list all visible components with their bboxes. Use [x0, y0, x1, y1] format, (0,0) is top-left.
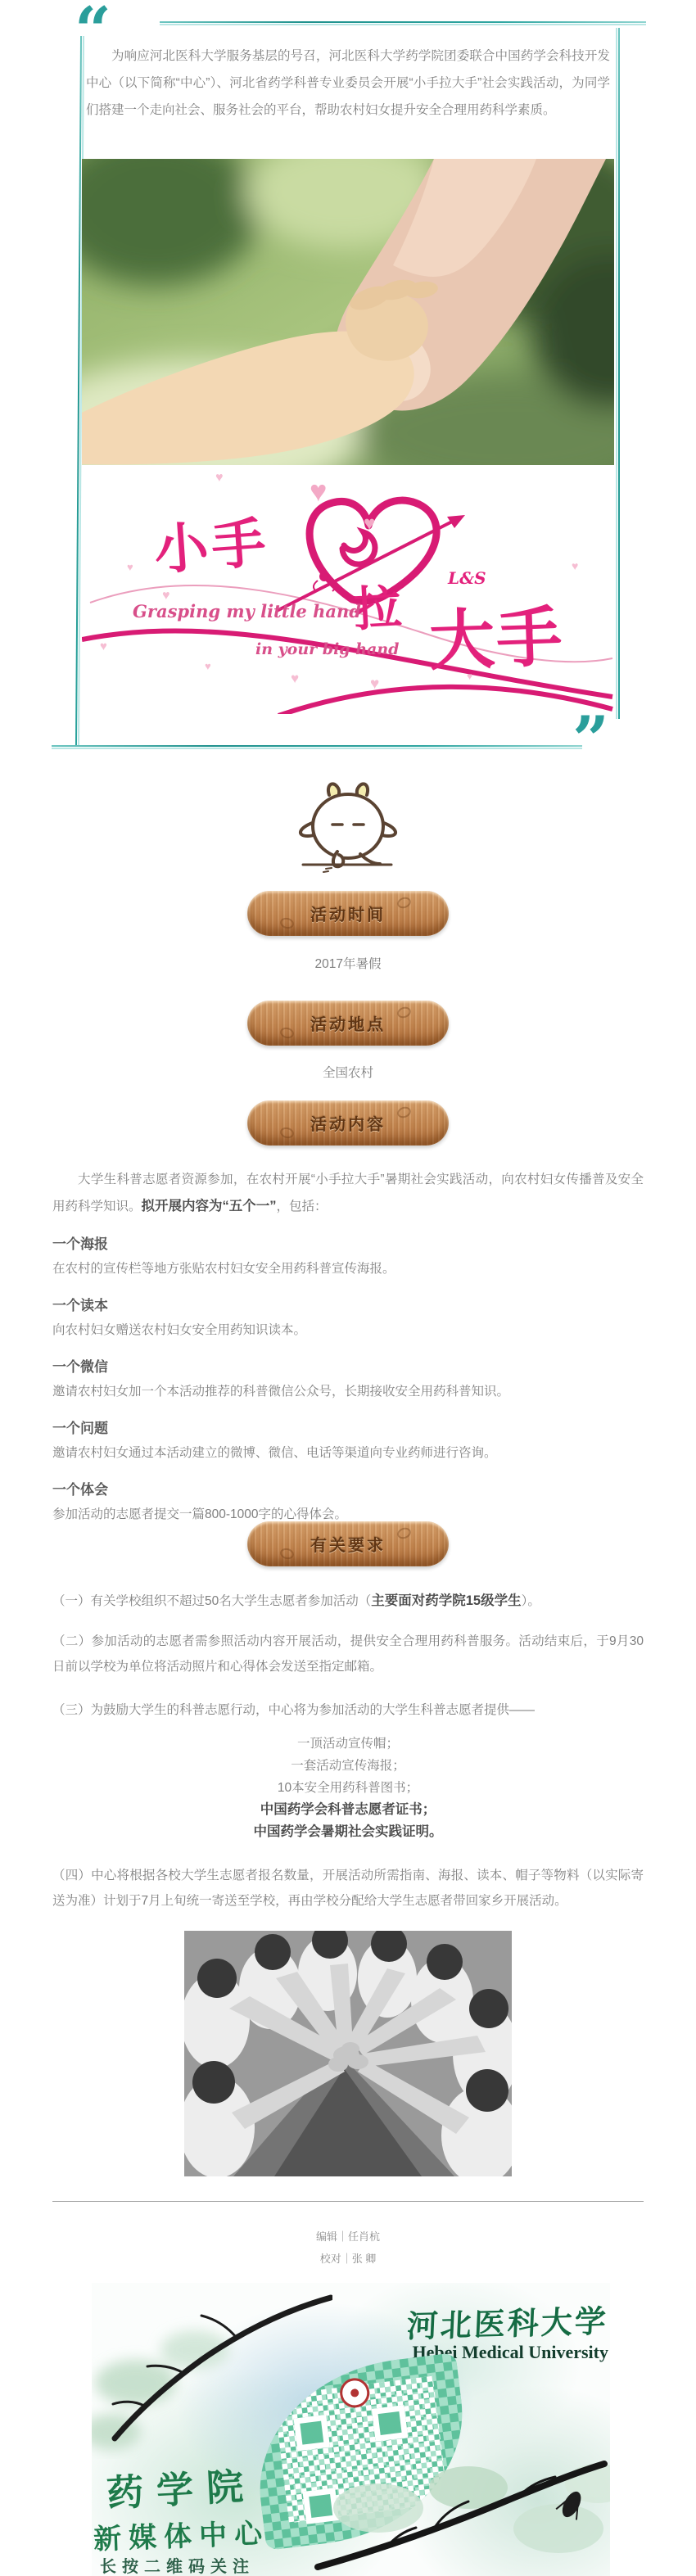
content-item: 一个问题 邀请农村妇女通过本活动建立的微博、微信、电话等渠道向专业药师进行咨询。	[52, 1419, 644, 1466]
credits: 编辑｜任肖杭 校对｜张 卿	[0, 2226, 696, 2270]
poster-english-line1: Grasping my little hand	[133, 601, 361, 621]
heart-icon: ♥	[291, 671, 299, 685]
close-quote-icon: ”	[572, 724, 609, 757]
poster-english-line2: in your big hand	[255, 640, 399, 658]
section-header-label: 活动地点	[310, 1011, 386, 1035]
section-header-label: 活动内容	[310, 1111, 386, 1135]
content-item-desc: 邀请农村妇女通过本活动建立的微博、微信、电话等渠道向专业药师进行咨询。	[52, 1441, 644, 1466]
content-item: 一个微信 邀请农村妇女加一个本活动推荐的科普微信公众号，长期接收安全用药科普知识…	[52, 1358, 644, 1404]
content-intro-bold: 拟开展内容为“五个一”	[142, 1199, 277, 1213]
heart-icon: ♥	[215, 472, 224, 485]
dept-name-line1: 药学院	[105, 2456, 257, 2516]
benefit-item: 10本安全用药科普图书；	[52, 1777, 644, 1799]
benefit-list: 一顶活动宣传帽； 一套活动宣传海报； 10本安全用药科普图书； 中国药学会科普志…	[52, 1733, 644, 1843]
intro-paragraph: 为响应河北医科大学服务基层的号召，河北医科大学药学院团委联合中国药学会科技开发中…	[86, 43, 610, 124]
heart-icon: ♥	[100, 640, 107, 653]
qr-hint-text: 长按二维码关注	[100, 2553, 255, 2576]
university-name-en: Hebei Medical University	[338, 2342, 608, 2363]
footer-divider	[52, 2201, 644, 2202]
content-item-desc: 邀请农村妇女加一个本活动推荐的科普微信公众号，长期接收安全用药科普知识。	[52, 1380, 644, 1404]
heart-icon: ♥	[310, 477, 327, 506]
qr-finder-square	[372, 2405, 409, 2442]
goat-mascot-icon	[288, 776, 408, 873]
hands-photo	[82, 159, 614, 465]
article-page: “ ” 为响应河北医科大学服务基层的号召，河北医科大学药学院团委联合中国药学会科…	[0, 0, 696, 2576]
footer-banner: 河北医科大学 Hebei Medical University 药学院 新媒体中…	[92, 2283, 610, 2576]
section-header-activity-place: 活动地点	[247, 1001, 449, 1046]
section-header-activity-content: 活动内容	[247, 1100, 449, 1146]
activity-content-block: 大学生科普志愿者资源参加，在农村开展“小手拉大手”暑期社会实践活动，向农村妇女传…	[52, 1166, 644, 1542]
content-item-title: 一个海报	[52, 1235, 644, 1254]
qr-finder-square	[293, 2415, 330, 2452]
requirement-item-1-bold: 主要面对药学院15级学生	[371, 1593, 521, 1608]
poster-ls-mark: L&S	[448, 568, 486, 588]
quote-frame: “ ” 为响应河北医科大学服务基层的号召，河北医科大学药学院团委联合中国药学会科…	[45, 10, 651, 753]
section-header-label: 活动时间	[310, 902, 386, 925]
content-item: 一个体会 参加活动的志愿者提交一篇800-1000字的心得体会。	[52, 1480, 644, 1527]
content-item-desc: 在农村的宣传栏等地方张贴农村妇女安全用药科普宣传海报。	[52, 1257, 644, 1281]
benefit-item: 一顶活动宣传帽；	[52, 1733, 644, 1755]
content-item-title: 一个微信	[52, 1358, 644, 1376]
content-item: 一个读本 向农村妇女赠送农村妇女安全用药知识读本。	[52, 1296, 644, 1343]
heart-icon: ♥	[364, 514, 375, 534]
editor-credit: 编辑｜任肖杭	[0, 2226, 696, 2248]
proofreader-credit: 校对｜张 卿	[0, 2248, 696, 2270]
requirement-item-4: （四）中心将根据各校大学生志愿者报名数量，开展活动所需指南、海报、读本、帽子等物…	[52, 1863, 644, 1914]
poster-title-dashou: 大手	[427, 584, 565, 683]
benefit-item: 一套活动宣传海报；	[52, 1755, 644, 1777]
poster-title-xiaoshou: 小手	[151, 499, 271, 585]
frame-line-top	[160, 21, 646, 23]
benefit-item-proof: 中国药学会暑期社会实践证明。	[52, 1821, 644, 1843]
frame-line-bottom	[52, 745, 582, 747]
requirement-item-1: （一）有关学校组织不超过50名大学生志愿者参加活动（主要面对药学院15级学生）。	[52, 1589, 644, 1614]
university-name-cn: 河北医科大学	[346, 2296, 609, 2348]
content-item-title: 一个读本	[52, 1296, 644, 1315]
section-header-requirements: 有关要求	[247, 1521, 449, 1566]
content-item: 一个海报 在农村的宣传栏等地方张贴农村妇女安全用药科普宣传海报。	[52, 1235, 644, 1281]
section-header-activity-time: 活动时间	[247, 891, 449, 936]
team-hands-photo	[184, 1931, 512, 2176]
content-item-title: 一个问题	[52, 1419, 644, 1438]
content-intro-paragraph: 大学生科普志愿者资源参加，在农村开展“小手拉大手”暑期社会实践活动，向农村妇女传…	[52, 1166, 644, 1220]
ink-branch-bottom-right	[313, 2451, 610, 2576]
heart-icon: ♥	[370, 676, 379, 692]
heart-icon: ♥	[127, 562, 133, 572]
activity-place-value: 全国农村	[0, 1063, 696, 1081]
poster-image: ♥ ♥ ♥ ♥ ♥ ♥ ♥ ♥ ♥ ♥ ♥ ♥ 小手 拉 大手 L&S Gras…	[82, 470, 614, 714]
content-item-title: 一个体会	[52, 1480, 644, 1499]
frame-line-left	[75, 36, 82, 745]
requirements-block: （一）有关学校组织不超过50名大学生志愿者参加活动（主要面对药学院15级学生）。…	[52, 1589, 644, 1914]
heart-icon: ♥	[572, 560, 578, 572]
frame-line-right	[618, 28, 620, 719]
content-item-desc: 向农村妇女赠送农村妇女安全用药知识读本。	[52, 1318, 644, 1343]
section-header-label: 有关要求	[310, 1532, 386, 1556]
benefit-item-certificate: 中国药学会科普志愿者证书；	[52, 1799, 644, 1821]
activity-time-value: 2017年暑假	[0, 954, 696, 972]
requirement-item-3: （三）为鼓励大学生的科普志愿行动，中心将为参加活动的大学生科普志愿者提供——	[52, 1697, 644, 1723]
dept-name-line2: 新媒体中心	[93, 2510, 270, 2556]
requirement-item-2: （二）参加活动的志愿者需参照活动内容开展活动，提供安全合理用药科普服务。活动结束…	[52, 1629, 644, 1679]
heart-icon: ♥	[205, 661, 211, 671]
